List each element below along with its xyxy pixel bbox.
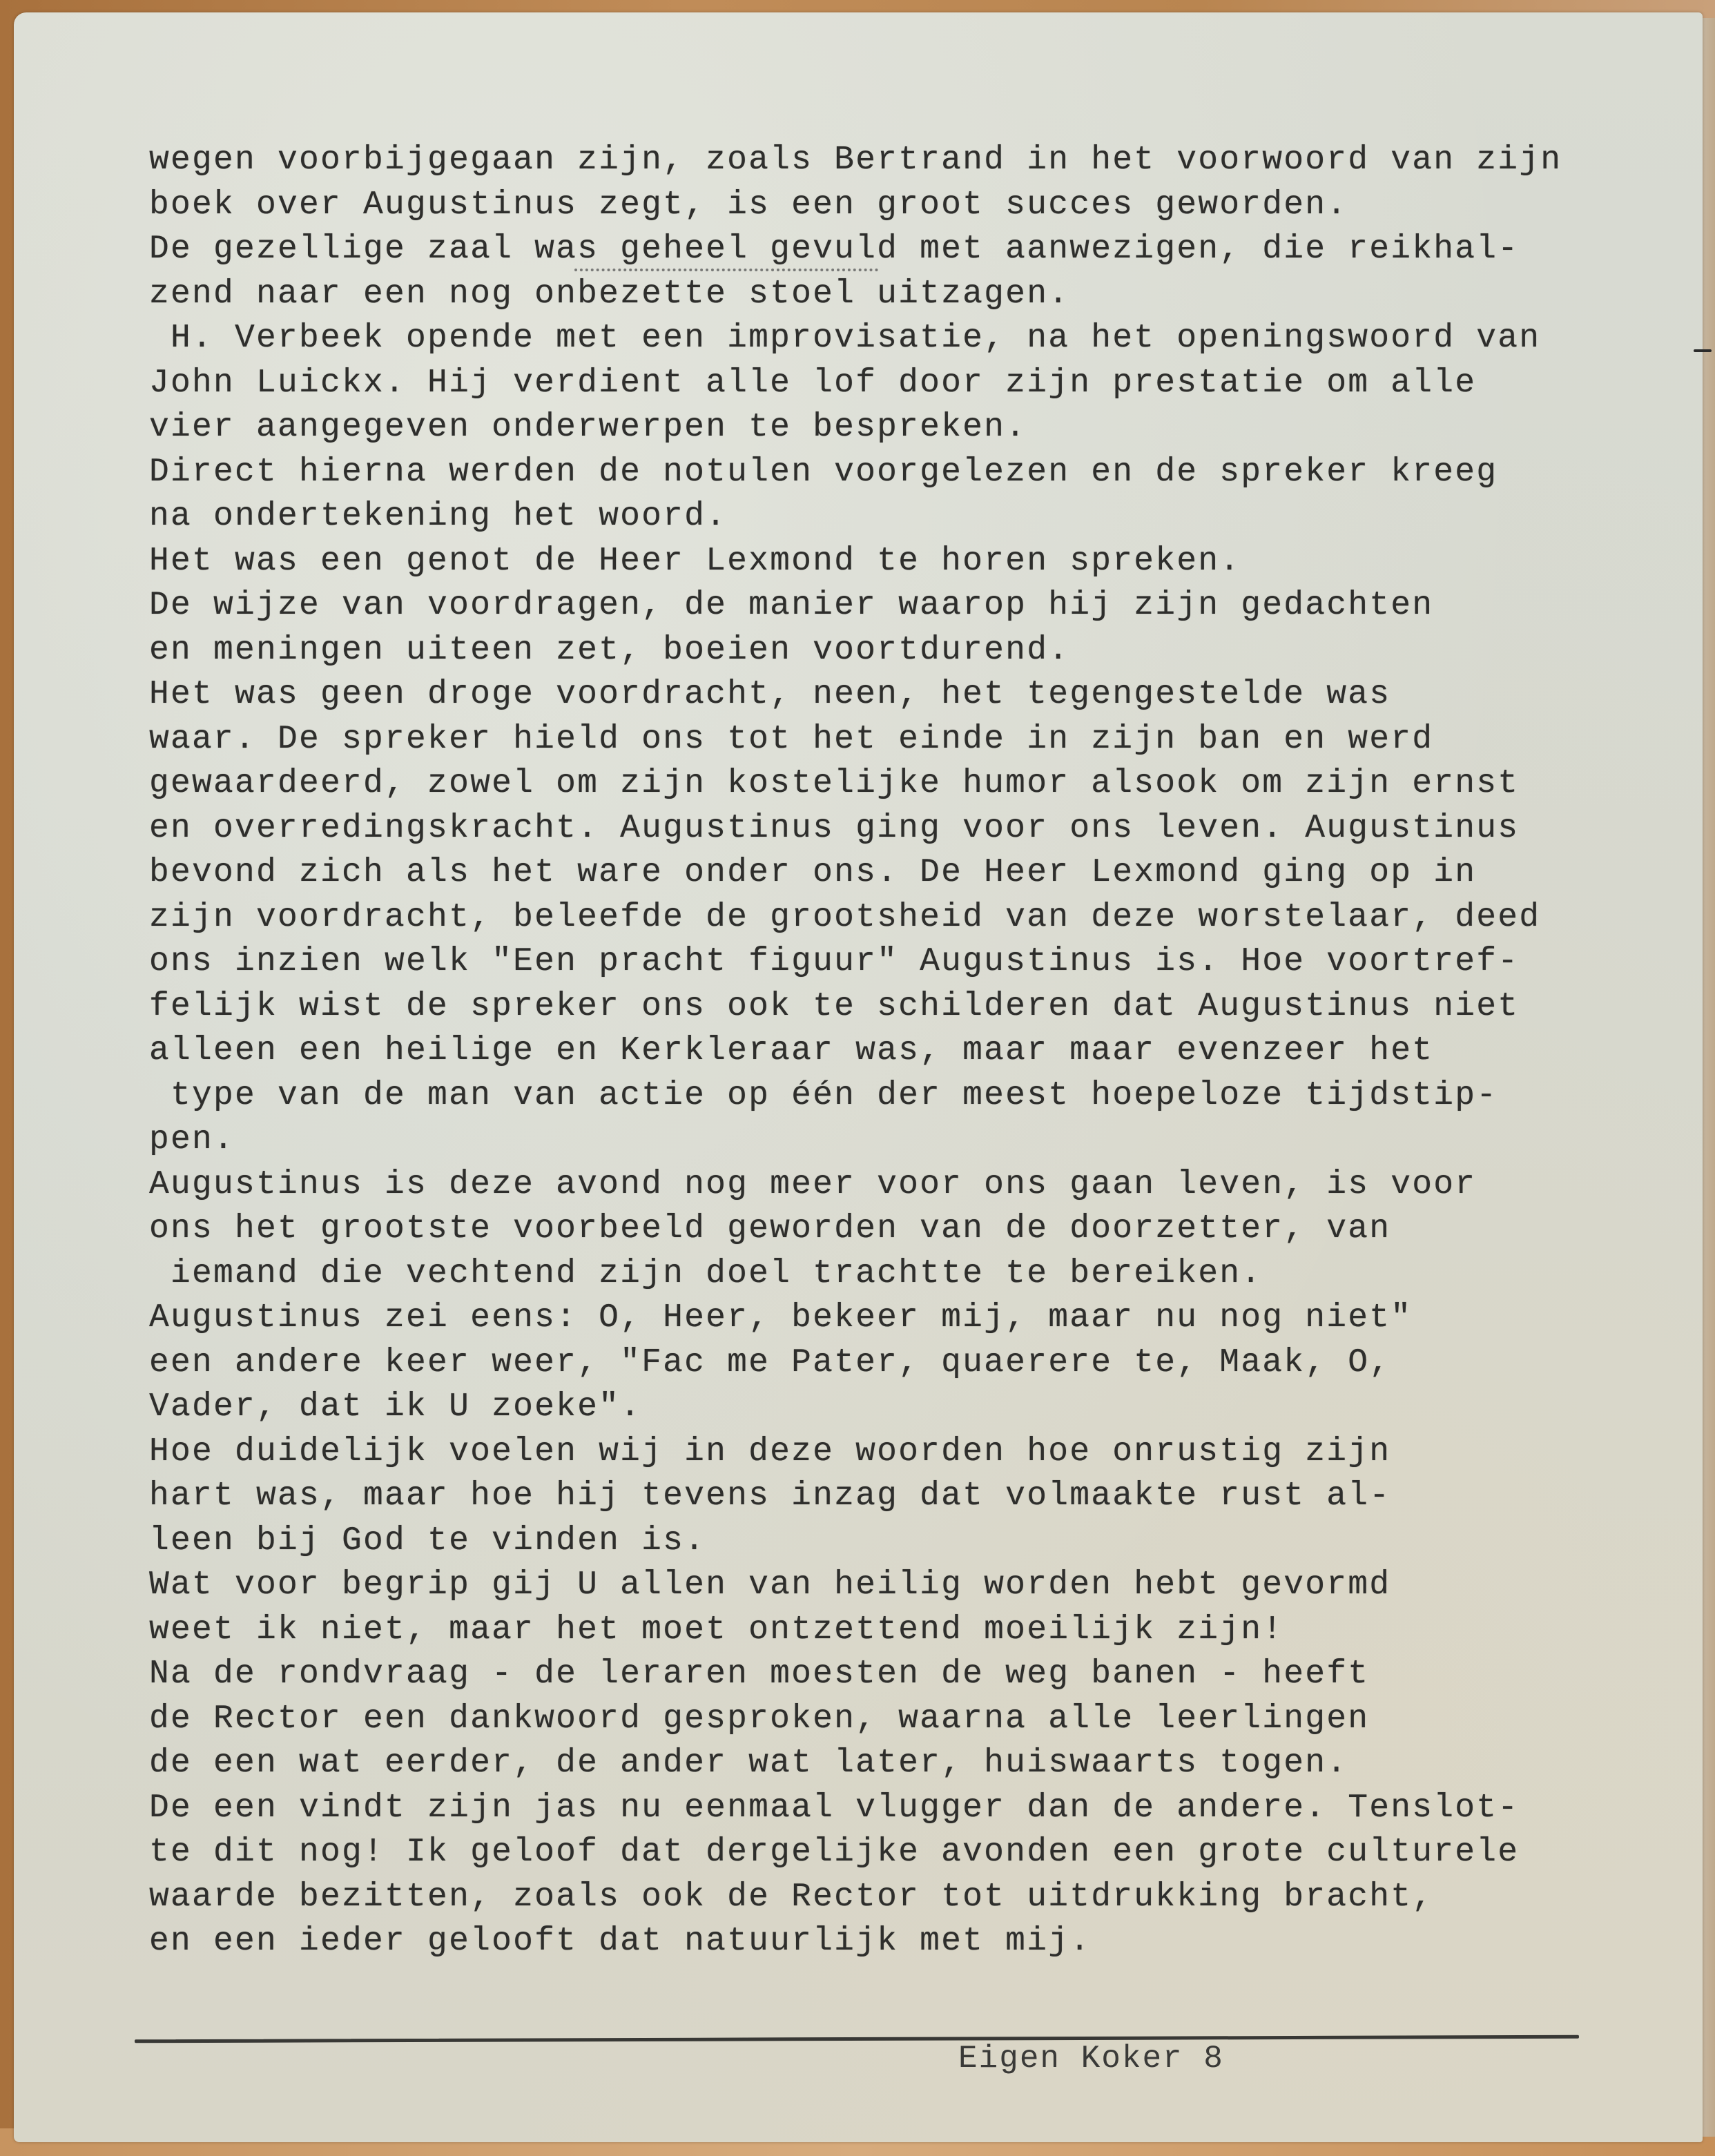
text-line: de Rector een dankwoord gesproken, waarn… xyxy=(149,1697,1634,1742)
text-line: te dit nog! Ik geloof dat dergelijke avo… xyxy=(149,1830,1634,1875)
text-line: De gezellige zaal was geheel gevuld met … xyxy=(149,227,1634,272)
text-line: Augustinus is deze avond nog meer voor o… xyxy=(149,1163,1634,1207)
text-line: alleen een heilige en Kerkleraar was, ma… xyxy=(149,1029,1634,1074)
text-line: Direct hierna werden de notulen voorgele… xyxy=(149,450,1634,495)
text-line: Het was geen droge voordracht, neen, het… xyxy=(149,672,1634,717)
body-text: wegen voorbijgegaan zijn, zoals Bertrand… xyxy=(149,138,1634,1964)
footer-page-label: Eigen Koker 8 xyxy=(958,2041,1224,2077)
text-line: De een vindt zijn jas nu eenmaal vlugger… xyxy=(149,1786,1634,1831)
text-line: Vader, dat ik U zoeke". xyxy=(149,1385,1634,1430)
text-line: pen. xyxy=(149,1118,1634,1163)
text-line: waarde bezitten, zoals ook de Rector tot… xyxy=(149,1875,1634,1920)
text-line: H. Verbeek opende met een improvisatie, … xyxy=(149,316,1634,361)
text-line: boek over Augustinus zegt, is een groot … xyxy=(149,183,1634,228)
text-line: waar. De spreker hield ons tot het einde… xyxy=(149,717,1634,762)
text-line: weet ik niet, maar het moet ontzettend m… xyxy=(149,1608,1634,1653)
dotted-underline-mark xyxy=(574,269,878,274)
text-line: ons inzien welk "Een pracht figuur" Augu… xyxy=(149,940,1634,984)
text-line: Augustinus zei eens: O, Heer, bekeer mij… xyxy=(149,1296,1634,1341)
text-line: en een ieder gelooft dat natuurlijk met … xyxy=(149,1919,1634,1964)
text-line: John Luickx. Hij verdient alle lof door … xyxy=(149,361,1634,406)
text-line: na ondertekening het woord. xyxy=(149,494,1634,539)
footer-rule xyxy=(135,2035,1579,2043)
text-line: iemand die vechtend zijn doel trachtte t… xyxy=(149,1252,1634,1296)
text-line: Na de rondvraag - de leraren moesten de … xyxy=(149,1652,1634,1697)
text-line: hart was, maar hoe hij tevens inzag dat … xyxy=(149,1474,1634,1519)
text-line: de een wat eerder, de ander wat later, h… xyxy=(149,1741,1634,1786)
text-line: zend naar een nog onbezette stoel uitzag… xyxy=(149,272,1634,317)
text-line: felijk wist de spreker ons ook te schild… xyxy=(149,984,1634,1029)
text-line: Het was een genot de Heer Lexmond te hor… xyxy=(149,539,1634,584)
text-line: wegen voorbijgegaan zijn, zoals Bertrand… xyxy=(149,138,1634,183)
text-line: zijn voordracht, beleefde de grootsheid … xyxy=(149,895,1634,940)
text-line: type van de man van actie op één der mee… xyxy=(149,1074,1634,1118)
text-line: Hoe duidelijk voelen wij in deze woorden… xyxy=(149,1430,1634,1475)
text-line: leen bij God te vinden is. xyxy=(149,1519,1634,1564)
text-line: een andere keer weer, "Fac me Pater, qua… xyxy=(149,1341,1634,1386)
text-line: ons het grootste voorbeeld geworden van … xyxy=(149,1207,1634,1252)
text-line: gewaardeerd, zowel om zijn kostelijke hu… xyxy=(149,761,1634,806)
text-line: De wijze van voordragen, de manier waaro… xyxy=(149,583,1634,628)
text-line: vier aangegeven onderwerpen te bespreken… xyxy=(149,405,1634,450)
margin-dash-mark xyxy=(1694,349,1712,352)
text-line: bevond zich als het ware onder ons. De H… xyxy=(149,851,1634,895)
text-line: Wat voor begrip gij U allen van heilig w… xyxy=(149,1563,1634,1608)
text-line: en overredingskracht. Augustinus ging vo… xyxy=(149,806,1634,851)
typewritten-page: wegen voorbijgegaan zijn, zoals Bertrand… xyxy=(14,12,1703,2142)
text-line: en meningen uiteen zet, boeien voortdure… xyxy=(149,628,1634,673)
